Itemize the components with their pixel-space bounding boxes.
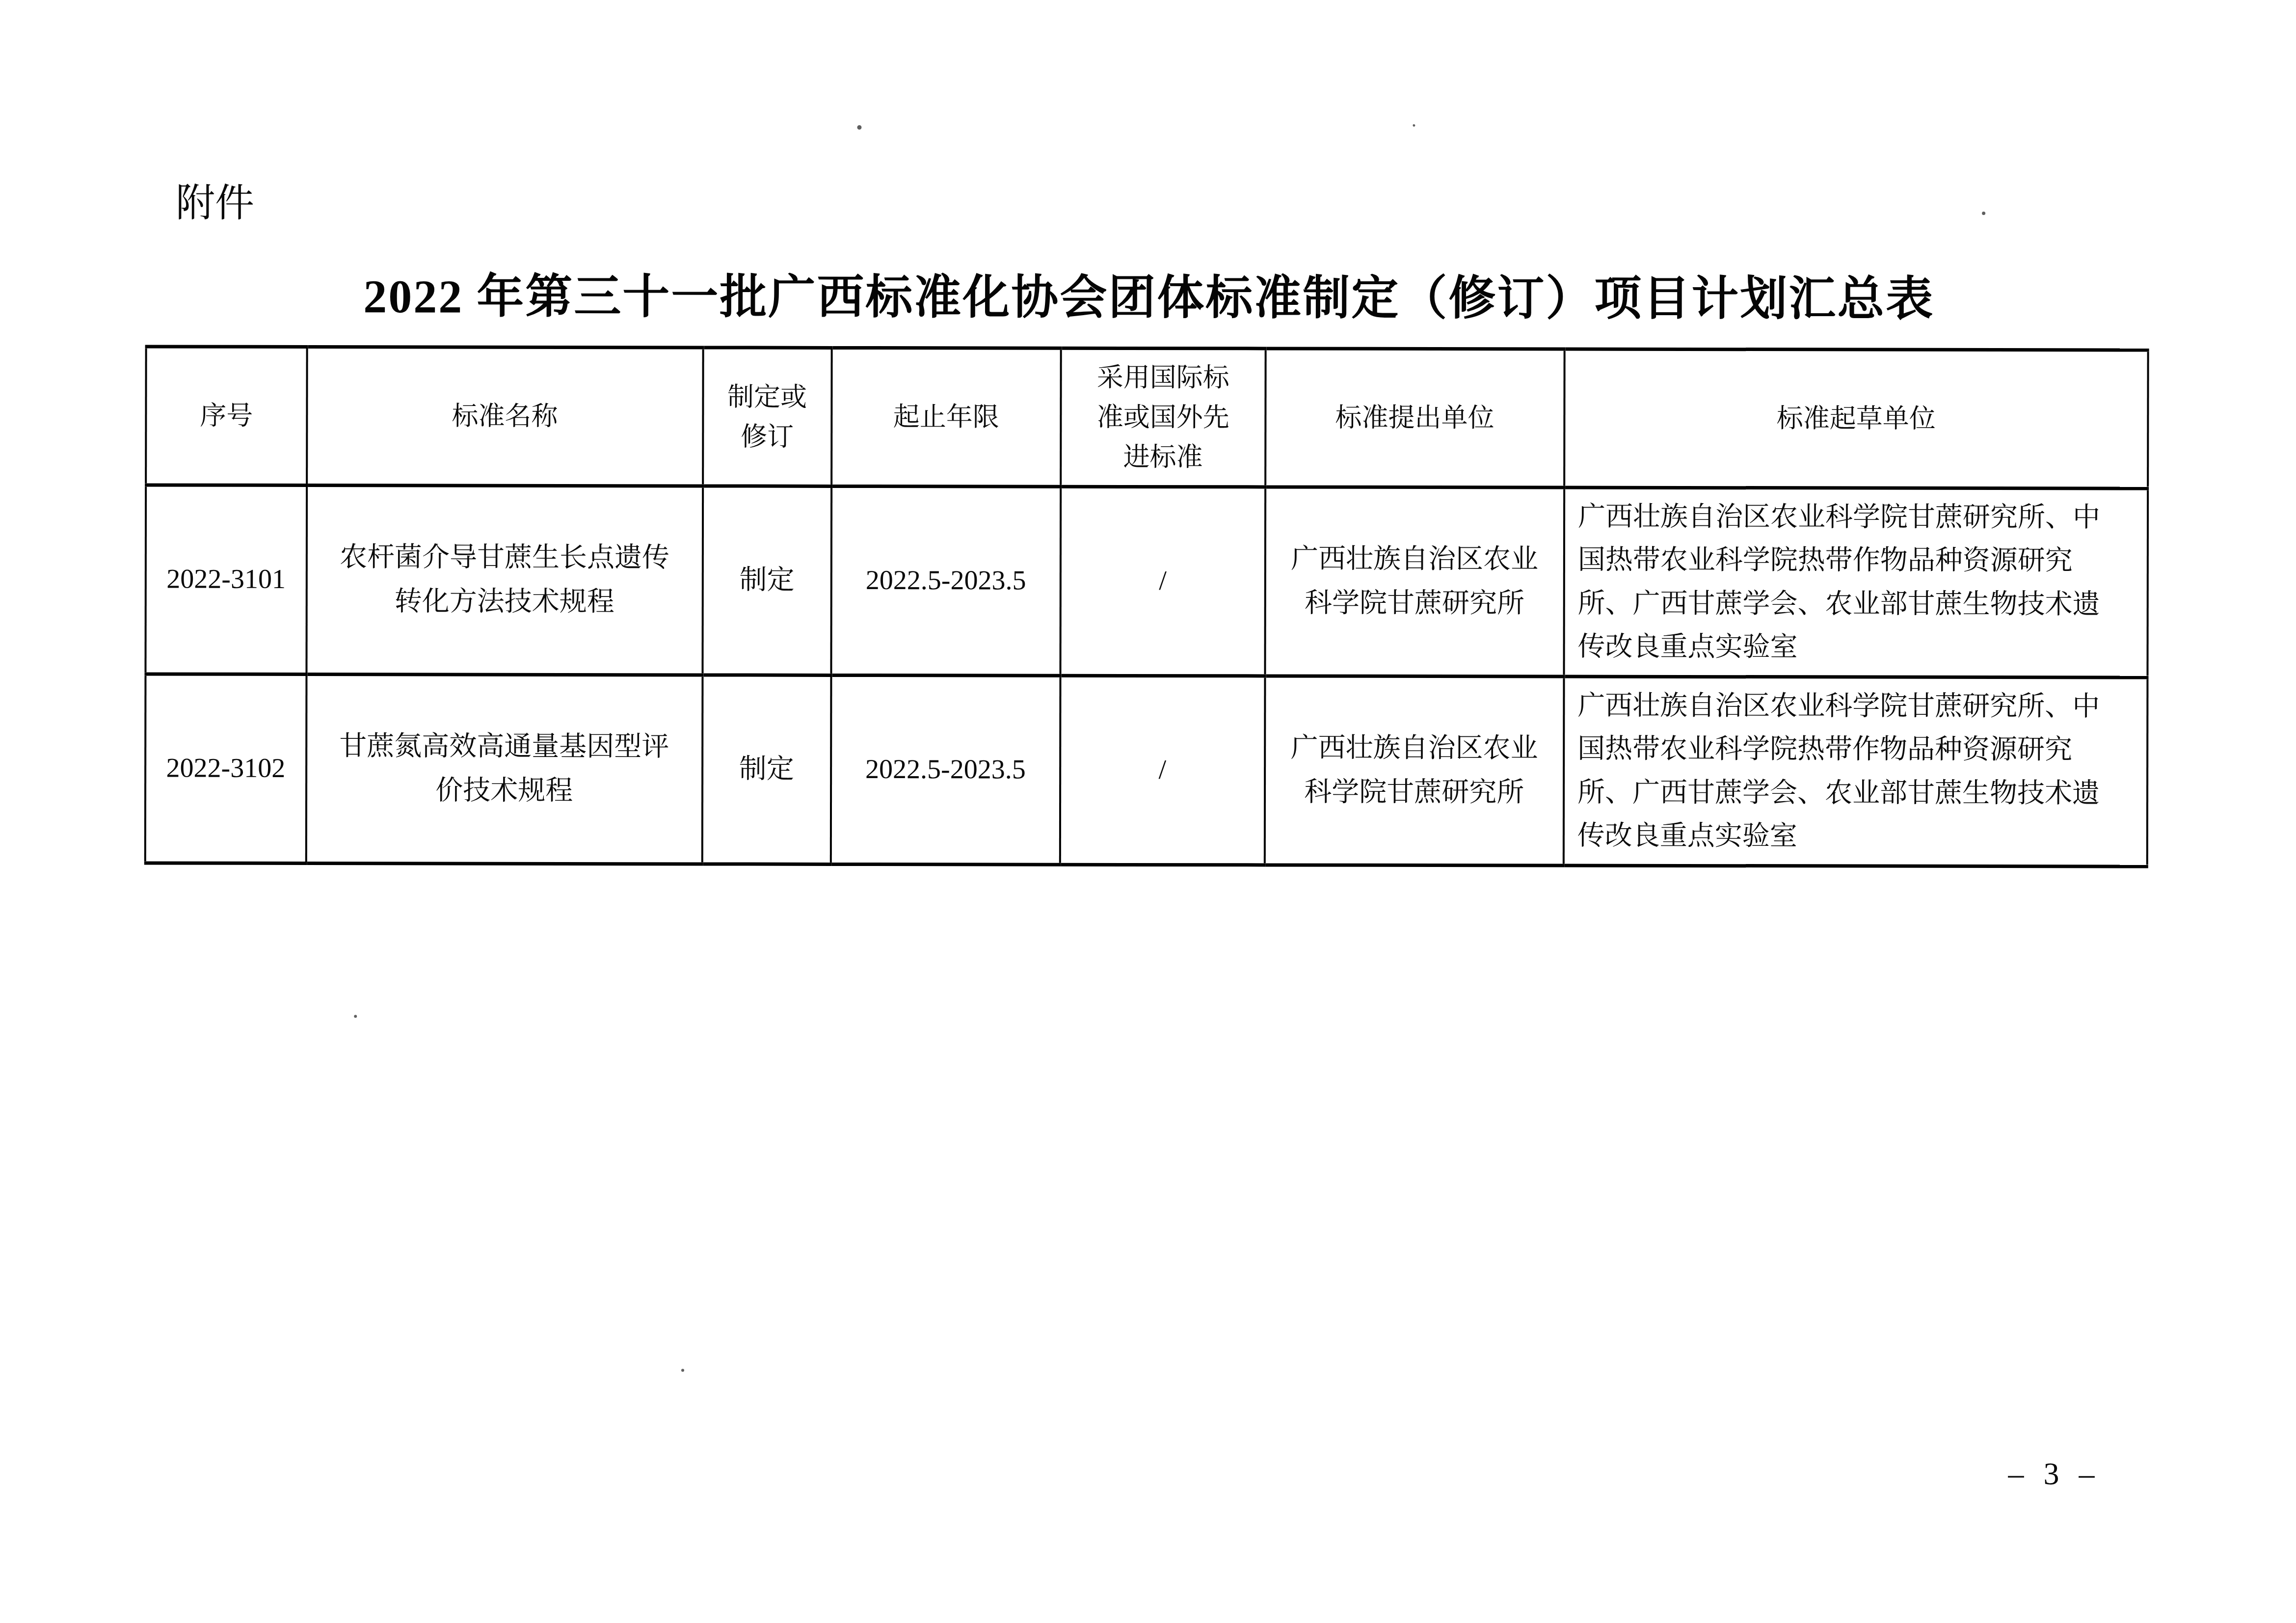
col-header-formulate-or-revise: 制定或 修订 bbox=[703, 348, 831, 486]
cell-formulate-or-revise: 制定 bbox=[702, 486, 831, 675]
scan-speckle bbox=[1982, 212, 1985, 215]
cell-drafting-unit: 广西壮族自治区农业科学院甘蔗研究所、中 国热带农业科学院热带作物品种资源研究 所… bbox=[1564, 676, 2148, 866]
cell-standard-name: 农杆菌介导甘蔗生长点遗传 转化方法技术规程 bbox=[306, 486, 703, 675]
scan-speckle bbox=[1413, 124, 1415, 127]
col-header-drafting-unit: 标准起草单位 bbox=[1564, 349, 2148, 488]
col-header-time-span: 起止年限 bbox=[831, 348, 1061, 487]
page-title: 2022 年第三十一批广西标准化协会团体标准制定（修订）项目计划汇总表 bbox=[1, 269, 2296, 327]
table-row: 2022-3101 农杆菌介导甘蔗生长点遗传 转化方法技术规程 制定 2022.… bbox=[145, 485, 2148, 677]
col-header-proposing-unit: 标准提出单位 bbox=[1265, 349, 1565, 487]
scan-speckle bbox=[354, 1015, 357, 1018]
cell-formulate-or-revise: 制定 bbox=[702, 675, 831, 864]
table-header-row: 序号 标准名称 制定或 修订 起止年限 采用国际标 准或国外先 进标准 标准提出… bbox=[146, 347, 2148, 488]
plan-table: 序号 标准名称 制定或 修订 起止年限 采用国际标 准或国外先 进标准 标准提出… bbox=[144, 345, 2149, 868]
col-header-standard-name: 标准名称 bbox=[307, 347, 703, 486]
cell-time-span: 2022.5-2023.5 bbox=[830, 675, 1060, 865]
attachment-label: 附件 bbox=[176, 184, 254, 223]
scan-speckle bbox=[681, 1369, 684, 1372]
col-header-adopt-international: 采用国际标 准或国外先 进标准 bbox=[1061, 348, 1265, 487]
cell-adopt-international: / bbox=[1061, 487, 1265, 676]
cell-seq: 2022-3102 bbox=[145, 674, 306, 863]
cell-seq: 2022-3101 bbox=[145, 485, 306, 674]
document-page: 附件 2022 年第三十一批广西标准化协会团体标准制定（修订）项目计划汇总表 序… bbox=[0, 0, 2296, 1623]
col-header-seq: 序号 bbox=[146, 347, 307, 486]
table-row: 2022-3102 甘蔗氮高效高通量基因型评 价技术规程 制定 2022.5-2… bbox=[145, 674, 2148, 866]
cell-proposing-unit: 广西壮族自治区农业 科学院甘蔗研究所 bbox=[1265, 487, 1564, 676]
scan-speckle bbox=[857, 125, 861, 130]
cell-proposing-unit: 广西壮族自治区农业 科学院甘蔗研究所 bbox=[1264, 676, 1564, 866]
cell-adopt-international: / bbox=[1060, 676, 1265, 865]
cell-time-span: 2022.5-2023.5 bbox=[831, 486, 1061, 676]
cell-standard-name: 甘蔗氮高效高通量基因型评 价技术规程 bbox=[306, 674, 702, 864]
page-number: – 3 – bbox=[2008, 1456, 2101, 1492]
cell-drafting-unit: 广西壮族自治区农业科学院甘蔗研究所、中 国热带农业科学院热带作物品种资源研究 所… bbox=[1564, 487, 2148, 677]
